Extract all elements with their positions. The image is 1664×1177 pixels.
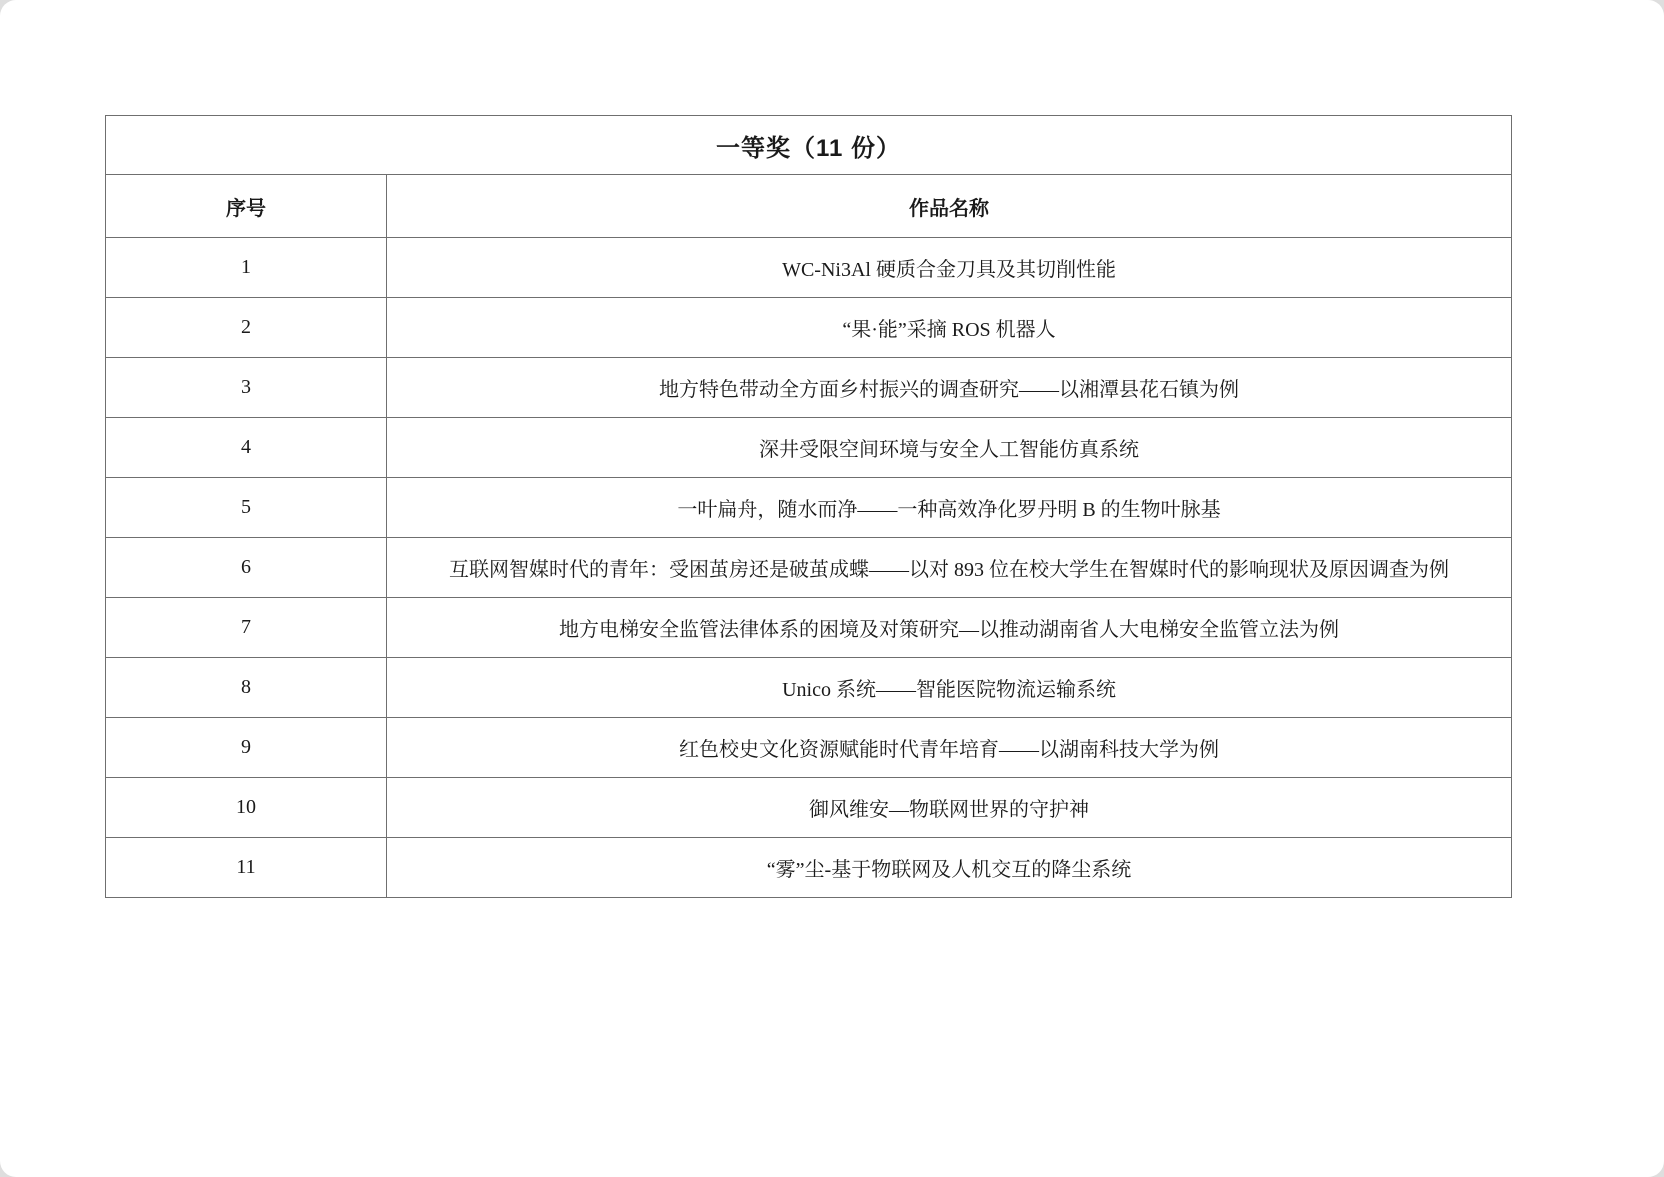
table-title-row: 一等奖（11 份）: [106, 116, 1512, 175]
cell-work-name: WC-Ni3Al 硬质合金刀具及其切削性能: [387, 238, 1512, 298]
cell-serial-number: 6: [106, 538, 387, 598]
cell-serial-number: 3: [106, 358, 387, 418]
cell-serial-number: 5: [106, 478, 387, 538]
cell-work-name: “果·能”采摘 ROS 机器人: [387, 298, 1512, 358]
cell-work-name: Unico 系统——智能医院物流运输系统: [387, 658, 1512, 718]
table-row: 4 深井受限空间环境与安全人工智能仿真系统: [106, 418, 1512, 478]
cell-work-name: 御风维安—物联网世界的守护神: [387, 778, 1512, 838]
cell-work-name: “雾”尘-基于物联网及人机交互的降尘系统: [387, 838, 1512, 898]
table-row: 2 “果·能”采摘 ROS 机器人: [106, 298, 1512, 358]
table-row: 8 Unico 系统——智能医院物流运输系统: [106, 658, 1512, 718]
table-row: 1 WC-Ni3Al 硬质合金刀具及其切削性能: [106, 238, 1512, 298]
cell-serial-number: 9: [106, 718, 387, 778]
column-header-name: 作品名称: [387, 175, 1512, 238]
cell-work-name: 地方特色带动全方面乡村振兴的调查研究——以湘潭县花石镇为例: [387, 358, 1512, 418]
cell-work-name: 红色校史文化资源赋能时代青年培育——以湖南科技大学为例: [387, 718, 1512, 778]
table-title: 一等奖（11 份）: [106, 116, 1512, 175]
table-row: 11 “雾”尘-基于物联网及人机交互的降尘系统: [106, 838, 1512, 898]
cell-serial-number: 11: [106, 838, 387, 898]
cell-serial-number: 10: [106, 778, 387, 838]
cell-serial-number: 8: [106, 658, 387, 718]
cell-serial-number: 7: [106, 598, 387, 658]
awards-table: 一等奖（11 份） 序号 作品名称 1 WC-Ni3Al 硬质合金刀具及其切削性…: [105, 115, 1512, 898]
table-row: 6 互联网智媒时代的青年：受困茧房还是破茧成蝶——以对 893 位在校大学生在智…: [106, 538, 1512, 598]
column-header-no: 序号: [106, 175, 387, 238]
table-row: 5 一叶扁舟，随水而净——一种高效净化罗丹明 B 的生物叶脉基: [106, 478, 1512, 538]
cell-serial-number: 4: [106, 418, 387, 478]
document-page: 一等奖（11 份） 序号 作品名称 1 WC-Ni3Al 硬质合金刀具及其切削性…: [0, 0, 1664, 1177]
table-row: 9 红色校史文化资源赋能时代青年培育——以湖南科技大学为例: [106, 718, 1512, 778]
cell-serial-number: 1: [106, 238, 387, 298]
cell-work-name: 互联网智媒时代的青年：受困茧房还是破茧成蝶——以对 893 位在校大学生在智媒时…: [387, 538, 1512, 598]
cell-serial-number: 2: [106, 298, 387, 358]
cell-work-name: 地方电梯安全监管法律体系的困境及对策研究—以推动湖南省人大电梯安全监管立法为例: [387, 598, 1512, 658]
cell-work-name: 一叶扁舟，随水而净——一种高效净化罗丹明 B 的生物叶脉基: [387, 478, 1512, 538]
table-row: 10 御风维安—物联网世界的守护神: [106, 778, 1512, 838]
table-row: 7 地方电梯安全监管法律体系的困境及对策研究—以推动湖南省人大电梯安全监管立法为…: [106, 598, 1512, 658]
table-row: 3 地方特色带动全方面乡村振兴的调查研究——以湘潭县花石镇为例: [106, 358, 1512, 418]
cell-work-name: 深井受限空间环境与安全人工智能仿真系统: [387, 418, 1512, 478]
table-header-row: 序号 作品名称: [106, 175, 1512, 238]
